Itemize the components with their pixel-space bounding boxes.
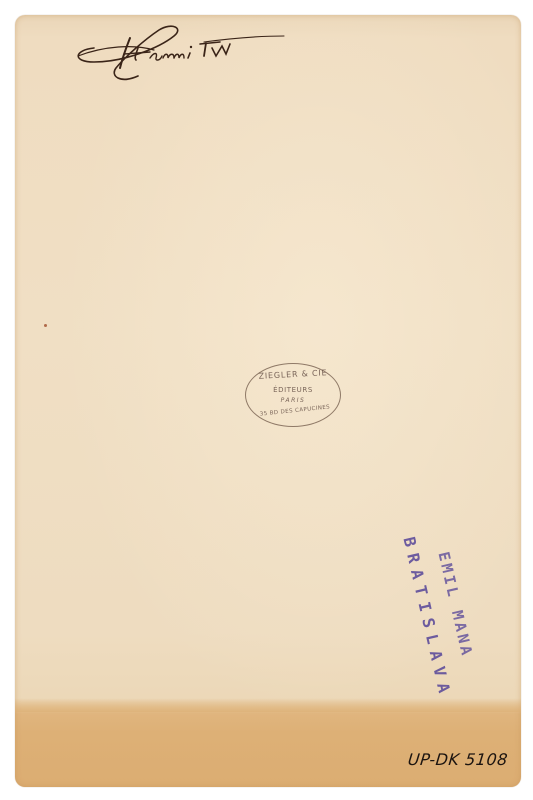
- publisher-city: PARIS: [246, 397, 340, 404]
- handwritten-signature: Henri IV: [64, 18, 294, 88]
- inventory-number: UP-DK 5108: [407, 750, 509, 769]
- publisher-stamp: ZIEGLER & CIE ÉDITEURS PARIS 35 BD DES C…: [245, 363, 341, 427]
- publisher-role: ÉDITEURS: [246, 386, 340, 394]
- page: Henri IV ZIEGLER & CIE ÉDITEURS PARIS 35…: [0, 0, 533, 800]
- paper-speck: [44, 324, 47, 327]
- publisher-address: 35 BD DES CAPUCINES: [250, 403, 340, 418]
